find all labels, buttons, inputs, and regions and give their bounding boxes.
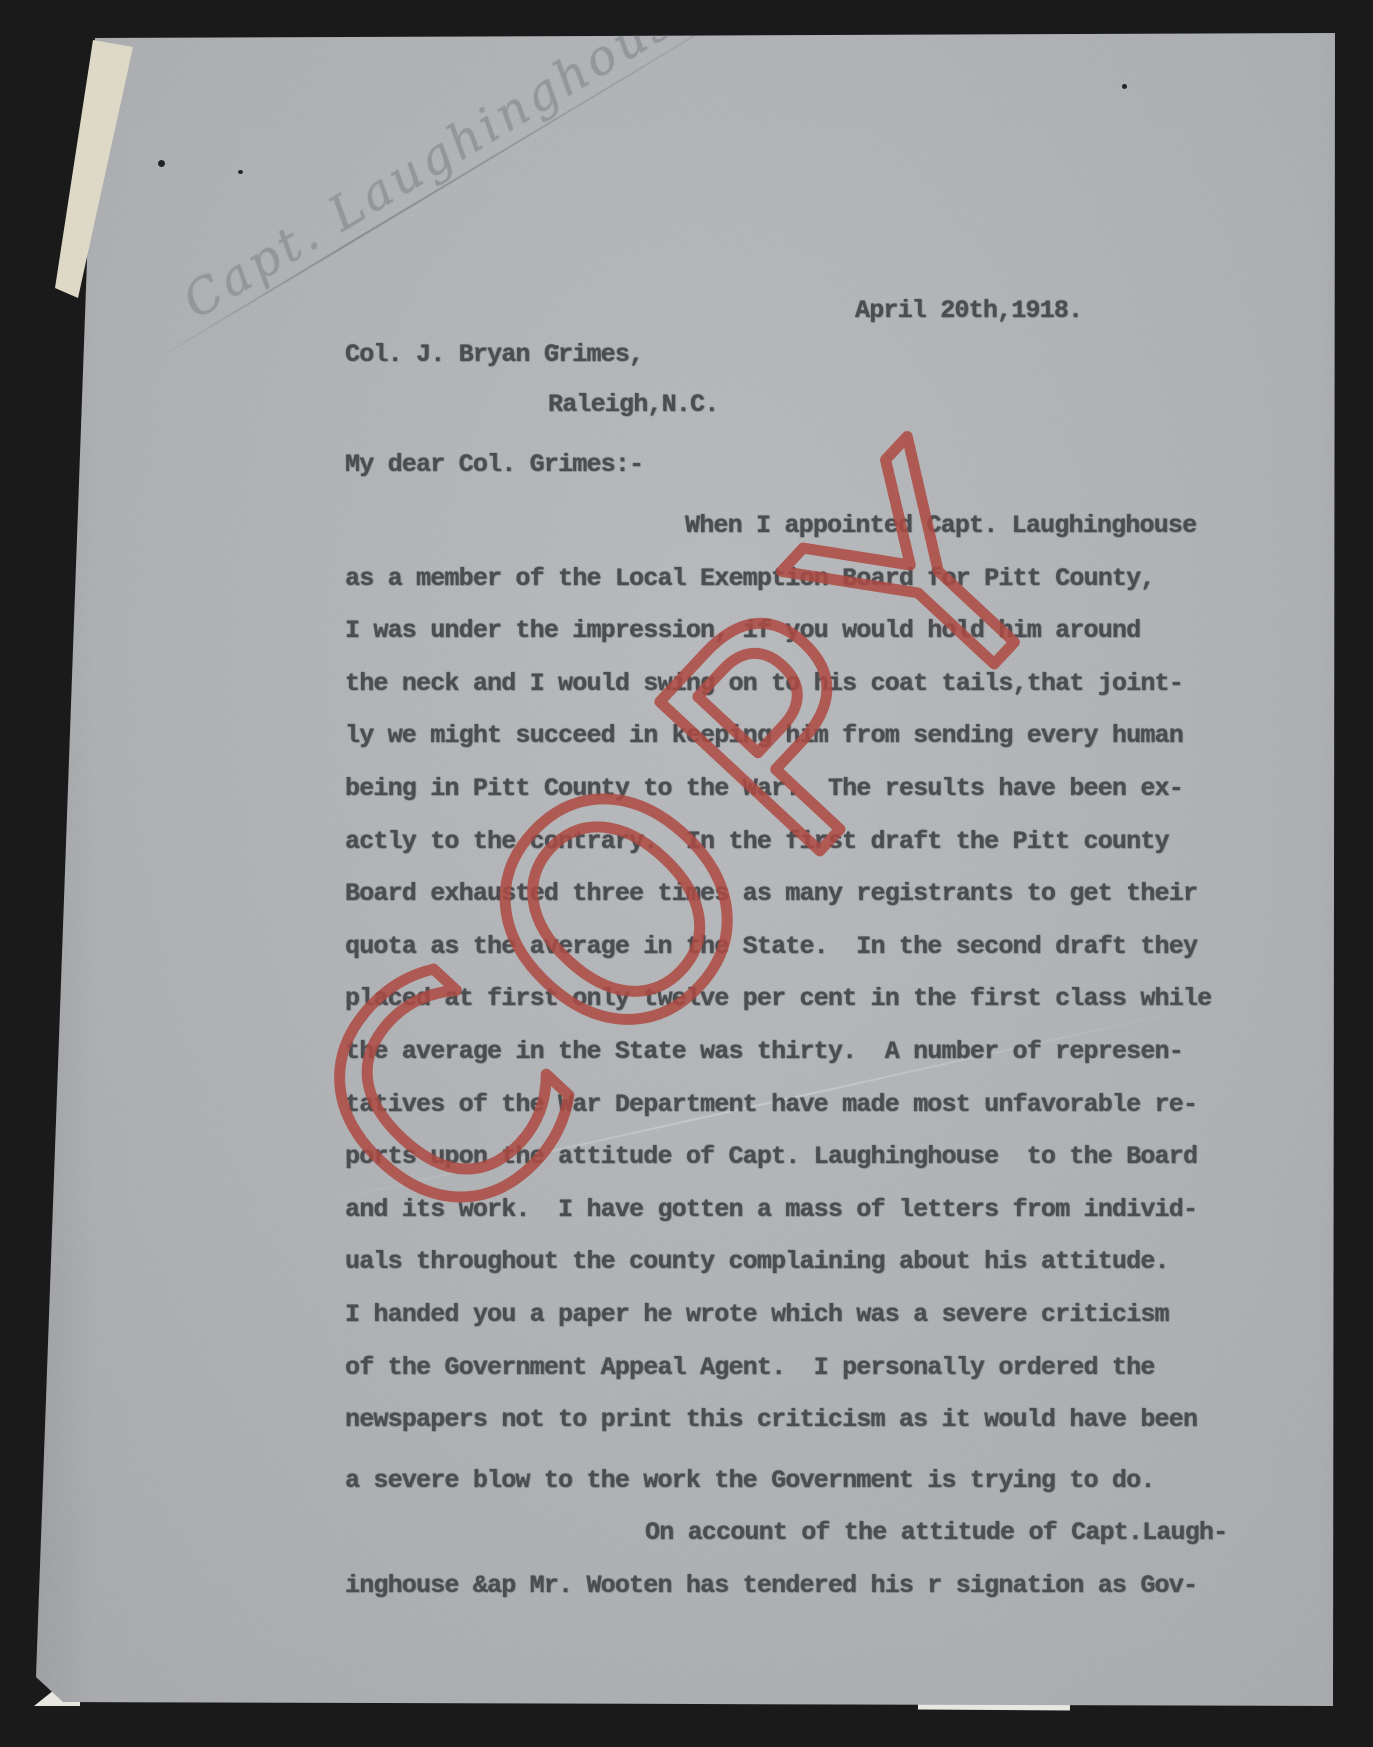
letter-date: April 20th,1918. (855, 296, 1082, 325)
ink-speck (238, 170, 243, 174)
letter-body-line: Board exhausted three times as many regi… (345, 868, 1225, 921)
letter-body-line: On account of the attitude of Capt.Laugh… (345, 1507, 1225, 1560)
letter-body-line: as a member of the Local Exemption Board… (345, 553, 1225, 606)
letter-body-line: newspapers not to print this criticism a… (345, 1394, 1225, 1447)
letter-body-line: I handed you a paper he wrote which was … (345, 1289, 1225, 1342)
letter-body-line: I was under the impression, if you would… (345, 605, 1225, 658)
recipient-city: Raleigh,N.C. (548, 390, 718, 419)
letter-body-line: ly we might succeed in keeping him from … (345, 710, 1225, 763)
letter-body-line: and its work. I have gotten a mass of le… (345, 1184, 1225, 1237)
letter-body-line: inghouse &ap Mr. Wooten has tendered his… (345, 1560, 1225, 1613)
salutation: My dear Col. Grimes:- (345, 450, 643, 479)
letter-paper: Capt. Laughinghouse April 20th,1918. Col… (0, 0, 1373, 1747)
crease-line-top (149, 22, 716, 364)
letter-body-line: actly to the contrary. In the first draf… (345, 816, 1225, 869)
letter-body-line: tatives of the War Department have made … (345, 1079, 1225, 1132)
ink-speck (1122, 84, 1127, 89)
letter-body-line: quota as the average in the State. In th… (345, 921, 1225, 974)
scanned-letter-page: Capt. Laughinghouse April 20th,1918. Col… (0, 0, 1373, 1747)
recipient-name: Col. J. Bryan Grimes, (345, 340, 643, 369)
letter-body-line: When I appointed Capt. Laughinghouse (345, 500, 1225, 553)
letter-body-line: the average in the State was thirty. A n… (345, 1026, 1225, 1079)
letter-body-line: uals throughout the county complaining a… (345, 1236, 1225, 1289)
ink-speck (158, 160, 165, 167)
letter-body-line: a severe blow to the work the Government… (345, 1455, 1225, 1508)
letter-body-line: of the Government Appeal Agent. I person… (345, 1342, 1225, 1395)
handwritten-annotation: Capt. Laughinghouse (174, 0, 713, 330)
letter-body-line: being in Pitt County to the War. The res… (345, 763, 1225, 816)
letter-body-line: placed at first only twelve per cent in … (345, 973, 1225, 1026)
letter-body: When I appointed Capt. Laughinghouseas a… (345, 500, 1225, 1612)
letter-body-line: ports upon the attitude of Capt. Laughin… (345, 1131, 1225, 1184)
letter-body-line: the neck and I would swing on to his coa… (345, 658, 1225, 711)
